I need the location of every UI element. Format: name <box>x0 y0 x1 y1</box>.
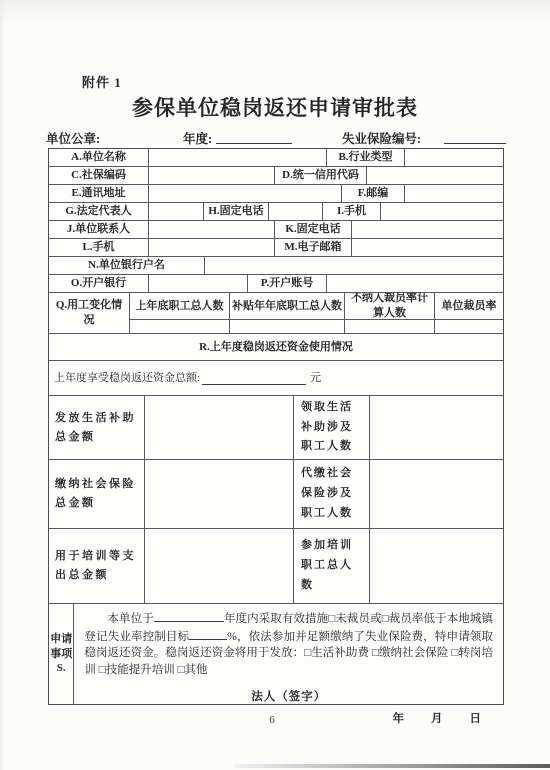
unit-layoff-rate-label: 单位裁员率 <box>434 293 503 319</box>
bank-account-name-label: N.单位银行户名 <box>49 257 204 274</box>
unit-contact-label: J.单位联系人 <box>49 221 148 238</box>
statement-text-part1: 本单位于 <box>107 613 153 625</box>
subsidy-year-end-staff-label: 补贴年年底职工总人数 <box>229 293 344 319</box>
legal-representative-label: G.法定代表人 <box>49 203 148 220</box>
row-legal-representative: G.法定代表人 H.固定电话 I.手机 <box>49 202 503 220</box>
contact-mobile-label: L.手机 <box>49 239 148 256</box>
mobile-label: I.手机 <box>322 203 380 220</box>
statement-target-blank-underline <box>189 628 227 640</box>
row-unit-name: A.单位名称 B.行业类型 <box>49 149 503 166</box>
living-subsidy-amount-label: 发放生活补助总金额 <box>49 396 144 459</box>
prev-year-end-staff-label: 上年底职工总人数 <box>130 293 229 319</box>
mailing-address-label: E.通讯地址 <box>49 185 148 202</box>
scan-artifact-bottom-edge <box>235 764 550 768</box>
form-meta-row: 单位公章: 年度: 失业保险编号: <box>0 129 550 145</box>
bank-account-name-value-cell <box>204 257 503 274</box>
row-application-statement: 申请事项 S. 本单位于年度内采取有效措施□未裁员或□裁员率低于本地城镇登记失业… <box>49 603 503 704</box>
row-bank-account-name: N.单位银行户名 <box>49 256 503 274</box>
living-subsidy-count-value-cell <box>369 396 503 459</box>
social-insurance-count-value-cell <box>369 460 503 528</box>
unit-name-label: A.单位名称 <box>49 149 148 166</box>
unit-name-value-cell <box>148 149 326 166</box>
social-insurance-count-label: 代缴社会保险涉及职工人数 <box>293 460 369 528</box>
prev-total-amount-label: 上年度享受稳岗返还资金总额: <box>54 371 200 386</box>
unit-contact-value-cell <box>148 221 274 238</box>
employment-change-label: Q.用工变化情况 <box>49 293 129 333</box>
row-living-subsidy: 发放生活补助总金额 领取生活补助涉及职工人数 <box>49 395 503 459</box>
bank-account-number-label: P.开户账号 <box>247 275 326 292</box>
excluded-from-layoff-rate-label: 不纳入裁员率计算人数 <box>344 293 434 319</box>
row-bank: O.开户银行 P.开户账号 <box>49 274 503 292</box>
unified-credit-code-label: D.统一信用代码 <box>274 167 366 184</box>
scanned-form-page: 附件 1 参保单位稳岗返还申请审批表 单位公章: 年度: 失业保险编号: A.单… <box>0 0 550 770</box>
row-prev-total-amount: 上年度享受稳岗返还资金总额: 元 <box>49 360 503 395</box>
contact-fixed-phone-value-cell <box>351 221 503 238</box>
row-social-security-code: C.社保编码 D.统一信用代码 <box>49 166 503 184</box>
contact-mobile-value-cell <box>148 239 274 256</box>
bank-account-number-value-cell <box>326 275 503 292</box>
row-mailing-address: E.通讯地址 F.邮编 <box>49 184 503 202</box>
application-statement-label: 申请事项 S. <box>49 604 73 704</box>
social-insurance-amount-value-cell <box>144 460 293 528</box>
mailing-address-value-cell <box>148 185 341 202</box>
unit-layoff-rate-value-cell <box>434 320 503 333</box>
insurance-number-label: 失业保险编号: <box>342 129 421 147</box>
social-security-code-value-cell <box>148 167 274 184</box>
mobile-value-cell <box>380 203 503 220</box>
employment-change-grid: 上年底职工总人数 补贴年年底职工总人数 不纳入裁员率计算人数 单位裁员率 <box>129 293 503 333</box>
statement-year-blank-underline <box>154 610 224 622</box>
year-blank-underline <box>216 130 292 144</box>
unified-credit-code-value-cell <box>366 167 503 184</box>
postcode-label: F.邮编 <box>341 185 404 202</box>
social-insurance-amount-label: 缴纳社会保险总金额 <box>49 460 144 528</box>
insurance-number-blank-underline <box>444 130 506 144</box>
social-security-code-label: C.社保编码 <box>49 167 148 184</box>
row-fund-usage-header: R.上年度稳岗返还资金使用情况 <box>49 333 503 360</box>
email-value-cell <box>351 239 503 256</box>
employment-change-value-row <box>130 319 503 333</box>
application-form-table: A.单位名称 B.行业类型 C.社保编码 D.统一信用代码 E.通讯地址 F.邮… <box>48 148 504 705</box>
living-subsidy-amount-value-cell <box>144 396 293 459</box>
application-statement-text: 本单位于年度内采取有效措施□未裁员或□裁员率低于本地城镇登记失业率控制目标%，依… <box>84 610 493 679</box>
postcode-value-cell <box>404 185 503 202</box>
contact-fixed-phone-label: K.固定电话 <box>274 221 351 238</box>
email-label: M.电子邮箱 <box>274 239 351 256</box>
training-count-value-cell <box>369 529 503 603</box>
training-expense-amount-label: 用于培训等支出总金额 <box>49 529 144 603</box>
excluded-from-layoff-rate-value-cell <box>344 320 434 333</box>
bank-label: O.开户银行 <box>49 275 148 292</box>
application-statement-content: 本单位于年度内采取有效措施□未裁员或□裁员率低于本地城镇登记失业率控制目标%，依… <box>73 604 503 704</box>
row-contact-mobile: L.手机 M.电子邮箱 <box>49 238 503 256</box>
unit-seal-label: 单位公章: <box>46 129 100 147</box>
prev-total-amount-unit: 元 <box>310 371 321 386</box>
page-number: 6 <box>0 714 544 726</box>
legal-representative-value-cell <box>148 203 203 220</box>
subsidy-year-end-staff-value-cell <box>229 320 344 333</box>
form-title: 参保单位稳岗返还申请审批表 <box>0 92 550 122</box>
fixed-phone-label: H.固定电话 <box>203 203 268 220</box>
legal-person-signature-label: 法人（签字） <box>84 688 493 704</box>
living-subsidy-count-label: 领取生活补助涉及职工人数 <box>293 396 369 459</box>
row-unit-contact: J.单位联系人 K.固定电话 <box>49 220 503 238</box>
fund-usage-header-label: R.上年度稳岗返还资金使用情况 <box>49 334 503 360</box>
prev-year-end-staff-value-cell <box>130 320 229 333</box>
training-expense-amount-value-cell <box>144 529 293 603</box>
prev-total-amount-cell: 上年度享受稳岗返还资金总额: 元 <box>49 361 503 395</box>
employment-change-header-row: 上年底职工总人数 补贴年年底职工总人数 不纳入裁员率计算人数 单位裁员率 <box>130 293 503 319</box>
industry-type-value-cell <box>404 149 503 166</box>
training-count-label: 参加培训职工总人数 <box>293 529 369 603</box>
industry-type-label: B.行业类型 <box>326 149 404 166</box>
bank-value-cell <box>148 275 247 292</box>
attachment-label: 附件 1 <box>82 72 122 91</box>
fixed-phone-value-cell <box>268 203 322 220</box>
row-training-expense: 用于培训等支出总金额 参加培训职工总人数 <box>49 528 503 603</box>
row-social-insurance: 缴纳社会保险总金额 代缴社会保险涉及职工人数 <box>49 459 503 528</box>
year-label: 年度: <box>183 129 212 147</box>
prev-total-amount-blank-underline <box>202 372 306 385</box>
row-employment-change: Q.用工变化情况 上年底职工总人数 补贴年年底职工总人数 不纳入裁员率计算人数 … <box>49 292 503 333</box>
scan-artifact-top <box>0 0 550 24</box>
